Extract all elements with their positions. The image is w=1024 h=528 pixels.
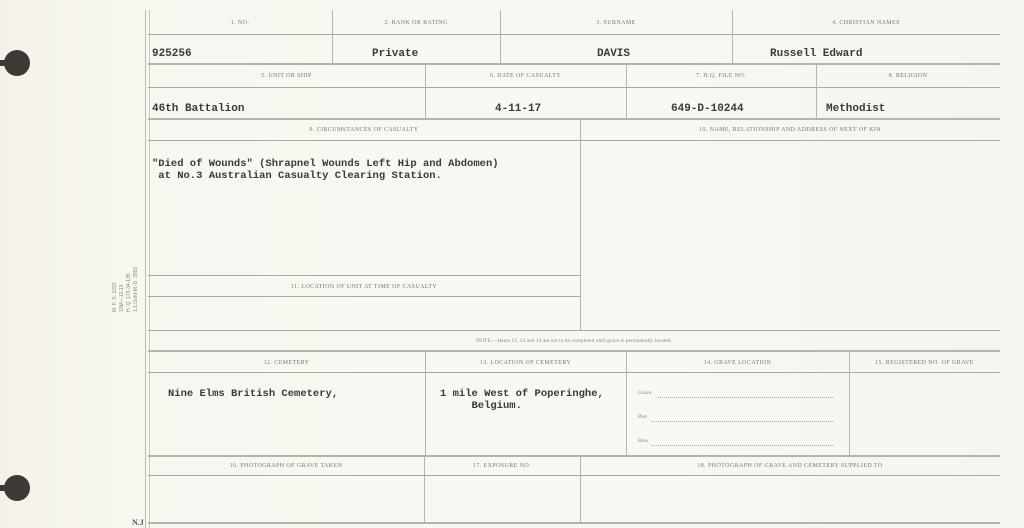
casualty-form: 1. NO. 925256 2. RANK OR RATING Private … bbox=[148, 10, 1000, 528]
field-next-of-kin: 10. NAME, RELATIONSHIP AND ADDRESS OF NE… bbox=[580, 118, 1000, 330]
field-grave-location: 14. GRAVE LOCATION Grave Plot Row bbox=[626, 350, 849, 455]
label-next-of-kin: 10. NAME, RELATIONSHIP AND ADDRESS OF NE… bbox=[580, 127, 1000, 133]
label-row: Row bbox=[638, 438, 648, 444]
rule bbox=[148, 522, 1000, 524]
punch-hole-top bbox=[4, 50, 30, 76]
field-location-of-cemetery: 13. LOCATION OF CEMETERY 1 mile West of … bbox=[425, 350, 626, 455]
label-christian-names: 4. CHRISTIAN NAMES bbox=[732, 20, 1000, 26]
label-cemetery: 12. CEMETERY bbox=[148, 360, 425, 366]
value-unit: 46th Battalion bbox=[152, 103, 244, 115]
rule bbox=[148, 330, 1000, 331]
field-photo-taken: 16. PHOTOGRAPH OF GRAVE TAKEN bbox=[148, 455, 424, 522]
field-cemetery: 12. CEMETERY Nine Elms British Cemetery, bbox=[148, 350, 425, 455]
printer-imprint: M. F. S. 2233 10M—12-19 H. Q. 173-34-135… bbox=[112, 232, 152, 312]
field-no: 1. NO. 925256 bbox=[148, 10, 332, 63]
label-photo-taken: 16. PHOTOGRAPH OF GRAVE TAKEN bbox=[148, 463, 424, 469]
label-grave-location: 14. GRAVE LOCATION bbox=[626, 360, 849, 366]
plot-line bbox=[652, 421, 833, 422]
label-exposure-no: 17. EXPOSURE NO. bbox=[424, 463, 580, 469]
field-surname: 3. SURNAME DAVIS bbox=[500, 10, 732, 63]
label-hq-file-no: 7. H.Q. FILE NO. bbox=[626, 73, 816, 79]
value-surname: DAVIS bbox=[597, 48, 630, 60]
field-date-of-casualty: 6. DATE OF CASUALTY 4-11-17 bbox=[425, 63, 626, 118]
value-cemetery: Nine Elms British Cemetery, bbox=[168, 388, 338, 400]
value-no: 925256 bbox=[152, 48, 192, 60]
punch-hole-bottom bbox=[4, 475, 30, 501]
row-line bbox=[652, 445, 833, 446]
field-exposure-no: 17. EXPOSURE NO. bbox=[424, 455, 580, 522]
value-date-of-casualty: 4-11-17 bbox=[495, 103, 541, 115]
value-circumstances: "Died of Wounds" (Shrapnel Wounds Left H… bbox=[152, 158, 499, 182]
field-rank: 2. RANK OR RATING Private bbox=[332, 10, 500, 63]
value-location-of-cemetery: 1 mile West of Poperinghe, Belgium. bbox=[440, 388, 604, 412]
label-registered-no: 15. REGISTERED NO. OF GRAVE bbox=[849, 360, 1000, 366]
completion-note: NOTE:—Items 12, 13 and 14 are not to be … bbox=[148, 338, 1000, 344]
field-religion: 8. RELIGION Methodist bbox=[816, 63, 1000, 118]
field-location-of-unit: 11. LOCATION OF UNIT AT TIME OF CASUALTY bbox=[148, 275, 580, 330]
grave-line bbox=[658, 397, 833, 398]
label-photo-supplied-to: 18. PHOTOGRAPH OF GRAVE AND CEMETERY SUP… bbox=[580, 463, 1000, 469]
label-surname: 3. SURNAME bbox=[500, 20, 732, 26]
label-date-of-casualty: 6. DATE OF CASUALTY bbox=[425, 73, 626, 79]
scanned-card: M. F. S. 2233 10M—12-19 H. Q. 173-34-135… bbox=[0, 0, 1024, 528]
label-rank: 2. RANK OR RATING bbox=[332, 20, 500, 26]
label-plot: Plot bbox=[638, 414, 647, 420]
field-photo-supplied-to: 18. PHOTOGRAPH OF GRAVE AND CEMETERY SUP… bbox=[580, 455, 1000, 522]
label-location-of-unit: 11. LOCATION OF UNIT AT TIME OF CASUALTY bbox=[148, 284, 580, 290]
field-christian-names: 4. CHRISTIAN NAMES Russell Edward bbox=[732, 10, 1000, 63]
field-hq-file-no: 7. H.Q. FILE NO. 649-D-10244 bbox=[626, 63, 816, 118]
value-religion: Methodist bbox=[826, 103, 885, 115]
field-circumstances: 9. CIRCUMSTANCES OF CASUALTY "Died of Wo… bbox=[148, 118, 580, 275]
corner-mark: N.J bbox=[132, 518, 144, 527]
label-circumstances: 9. CIRCUMSTANCES OF CASUALTY bbox=[148, 127, 580, 133]
field-registered-no: 15. REGISTERED NO. OF GRAVE bbox=[849, 350, 1000, 455]
value-rank: Private bbox=[372, 48, 418, 60]
label-religion: 8. RELIGION bbox=[816, 73, 1000, 79]
label-location-of-cemetery: 13. LOCATION OF CEMETERY bbox=[425, 360, 626, 366]
label-no: 1. NO. bbox=[148, 20, 332, 26]
field-unit: 5. UNIT OR SHIP 46th Battalion bbox=[148, 63, 425, 118]
label-unit: 5. UNIT OR SHIP bbox=[148, 73, 425, 79]
value-christian-names: Russell Edward bbox=[770, 48, 862, 60]
value-hq-file-no: 649-D-10244 bbox=[671, 103, 744, 115]
label-grave: Grave bbox=[638, 390, 651, 396]
